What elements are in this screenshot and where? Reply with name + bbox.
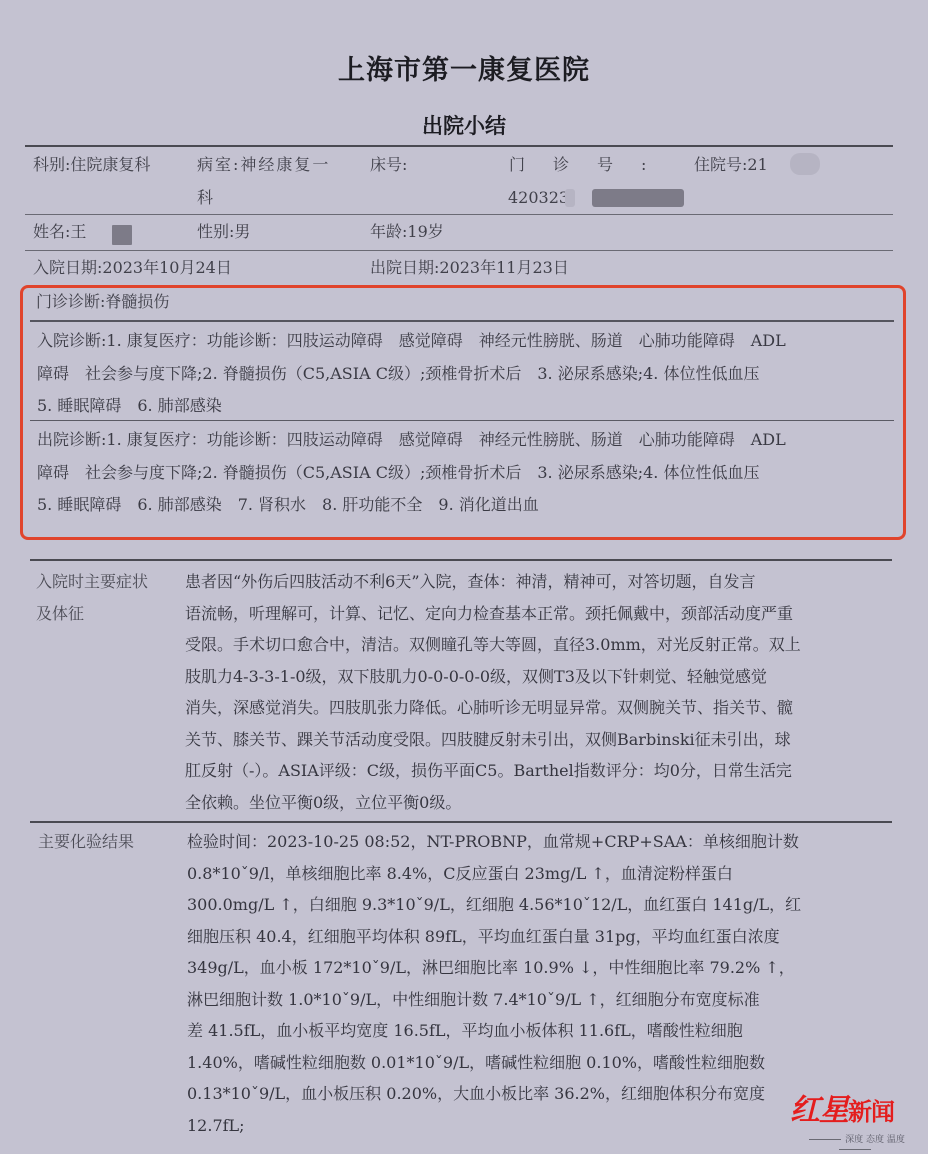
admission-diagnosis: 入院诊断:1. 康复医疗：功能诊断：四肢运动障碍 感觉障碍 神经元性膀胱、肠道 … (37, 325, 899, 423)
symptoms-text: 患者因“外伤后四肢活动不利6天”入院，查体：神清，精神可，对答切题，自发言 语流… (185, 566, 895, 818)
divider (25, 145, 893, 147)
bed-no-field: 床号: (370, 155, 407, 175)
news-watermark-logo: 红星新闻 深度 态度 温度 (790, 1085, 920, 1147)
divider (25, 250, 893, 251)
discharge-diagnosis-line: 障碍 社会参与度下降;2. 脊髓损伤（C5,ASIA C级）;颈椎骨折术后 3.… (37, 457, 899, 490)
lab-line: 0.13*10ˇ9/L，血小板压积 0.20%，大血小板比率 36.2%，红细胞… (187, 1078, 895, 1110)
admission-diagnosis-line: 5. 睡眠障碍 6. 肺部感染 (37, 390, 899, 423)
watermark-tagline: 深度 态度 温度 (790, 1132, 920, 1154)
lab-line: 细胞压积 40.4，红细胞平均体积 89fL，平均血红蛋白量 31pg，平均血红… (187, 921, 895, 953)
discharge-diagnosis: 出院诊断:1. 康复医疗：功能诊断：四肢运动障碍 感觉障碍 神经元性膀胱、肠道 … (37, 424, 899, 522)
symptoms-line: 受限。手术切口愈合中，清洁。双侧瞳孔等大等圆，直径3.0mm，对光反射正常。双上 (185, 629, 895, 661)
redaction-block (592, 189, 684, 207)
lab-line: 1.40%，嗜碱性粒细胞数 0.01*10ˇ9/L，嗜碱性粒细胞 0.10%，嗜… (187, 1047, 895, 1079)
lab-line: 0.8*10ˇ9/l，单核细胞比率 8.4%，C反应蛋白 23mg/L ↑，血清… (187, 858, 895, 890)
lab-results-label: 主要化验结果 (38, 826, 188, 858)
watermark-tagline-text: 深度 态度 温度 (845, 1135, 905, 1145)
gender-field: 性别:男 (197, 222, 250, 242)
age-field: 年龄:19岁 (370, 222, 444, 242)
symptoms-line: 患者因“外伤后四肢活动不利6天”入院，查体：神清，精神可，对答切题，自发言 (185, 566, 895, 598)
admission-diagnosis-line: 障碍 社会参与度下降;2. 脊髓损伤（C5,ASIA C级）;颈椎骨折术后 3.… (37, 358, 899, 391)
divider (30, 320, 894, 322)
discharge-diagnosis-line: 出院诊断:1. 康复医疗：功能诊断：四肢运动障碍 感觉障碍 神经元性膀胱、肠道 … (37, 424, 899, 457)
ward-field-cont: 科 (197, 188, 213, 208)
divider (30, 559, 892, 561)
lab-line: 12.7fL; (187, 1110, 895, 1142)
watermark-brand-stylized: 红星 (790, 1093, 848, 1128)
divider (30, 821, 892, 823)
inpatient-no-field: 住院号:21 (694, 155, 768, 175)
admission-diagnosis-line: 入院诊断:1. 康复医疗：功能诊断：四肢运动障碍 感觉障碍 神经元性膀胱、肠道 … (37, 325, 899, 358)
symptoms-line: 肢肌力4-3-3-1-0级，双下肢肌力0-0-0-0-0级，双侧T3及以下针刺觉… (185, 661, 895, 693)
symptoms-line: 肛反射（-）。ASIA评级：C级，损伤平面C5。Barthel指数评分：均0分，… (185, 755, 895, 787)
patient-name-field: 姓名:王 (33, 222, 86, 242)
watermark-brand-tail: 新闻 (848, 1097, 894, 1126)
outpatient-no-label: 门 诊 号 : (509, 155, 652, 175)
lab-line: 差 41.5fL，血小板平均宽度 16.5fL，平均血小板体积 11.6fL，嗜… (187, 1015, 895, 1047)
divider (25, 214, 893, 215)
divider (30, 420, 894, 421)
symptoms-label-line: 入院时主要症状 (36, 566, 186, 598)
lab-line: 300.0mg/L ↑，白细胞 9.3*10ˇ9/L，红细胞 4.56*10ˇ1… (187, 889, 895, 921)
symptoms-line: 消失，深感觉消失。四肢肌张力降低。心肺听诊无明显异常。双侧腕关节、指关节、髋 (185, 692, 895, 724)
redaction-block (112, 225, 132, 245)
document-title: 出院小结 (0, 110, 928, 140)
watermark-brand: 红星新闻 (790, 1085, 894, 1129)
lab-results-text: 检验时间：2023-10-25 08:52，NT-PROBNP，血常规+CRP+… (187, 826, 895, 1141)
outpatient-diagnosis: 门诊诊断:脊髓损伤 (36, 292, 169, 312)
outpatient-no-value: 420323 (508, 188, 569, 208)
symptoms-label: 入院时主要症状 及体征 (36, 566, 186, 629)
lab-line: 349g/L，血小板 172*10ˇ9/L，淋巴细胞比率 10.9% ↓，中性细… (187, 952, 895, 984)
symptoms-line: 全依赖。坐位平衡0级，立位平衡0级。 (185, 787, 895, 819)
hospital-name: 上海市第一康复医院 (0, 48, 928, 87)
discharge-diagnosis-line: 5. 睡眠障碍 6. 肺部感染 7. 肾积水 8. 肝功能不全 9. 消化道出血 (37, 489, 899, 522)
discharge-date-field: 出院日期:2023年11月23日 (370, 258, 569, 278)
redaction-block (790, 153, 820, 175)
ward-field: 病室:神经康复一 (197, 155, 330, 175)
department-field: 科别:住院康复科 (33, 155, 150, 175)
symptoms-label-line: 及体征 (36, 598, 186, 630)
symptoms-line: 关节、膝关节、踝关节活动度受限。四肢腱反射未引出，双侧Barbinski征未引出… (185, 724, 895, 756)
redaction-block (565, 189, 575, 207)
admission-date-field: 入院日期:2023年10月24日 (33, 258, 232, 278)
lab-line: 淋巴细胞计数 1.0*10ˇ9/L，中性细胞计数 7.4*10ˇ9/L ↑，红细… (187, 984, 895, 1016)
lab-line: 检验时间：2023-10-25 08:52，NT-PROBNP，血常规+CRP+… (187, 826, 895, 858)
symptoms-line: 语流畅，听理解可，计算、记忆、定向力检查基本正常。颈托佩戴中，颈部活动度严重 (185, 598, 895, 630)
